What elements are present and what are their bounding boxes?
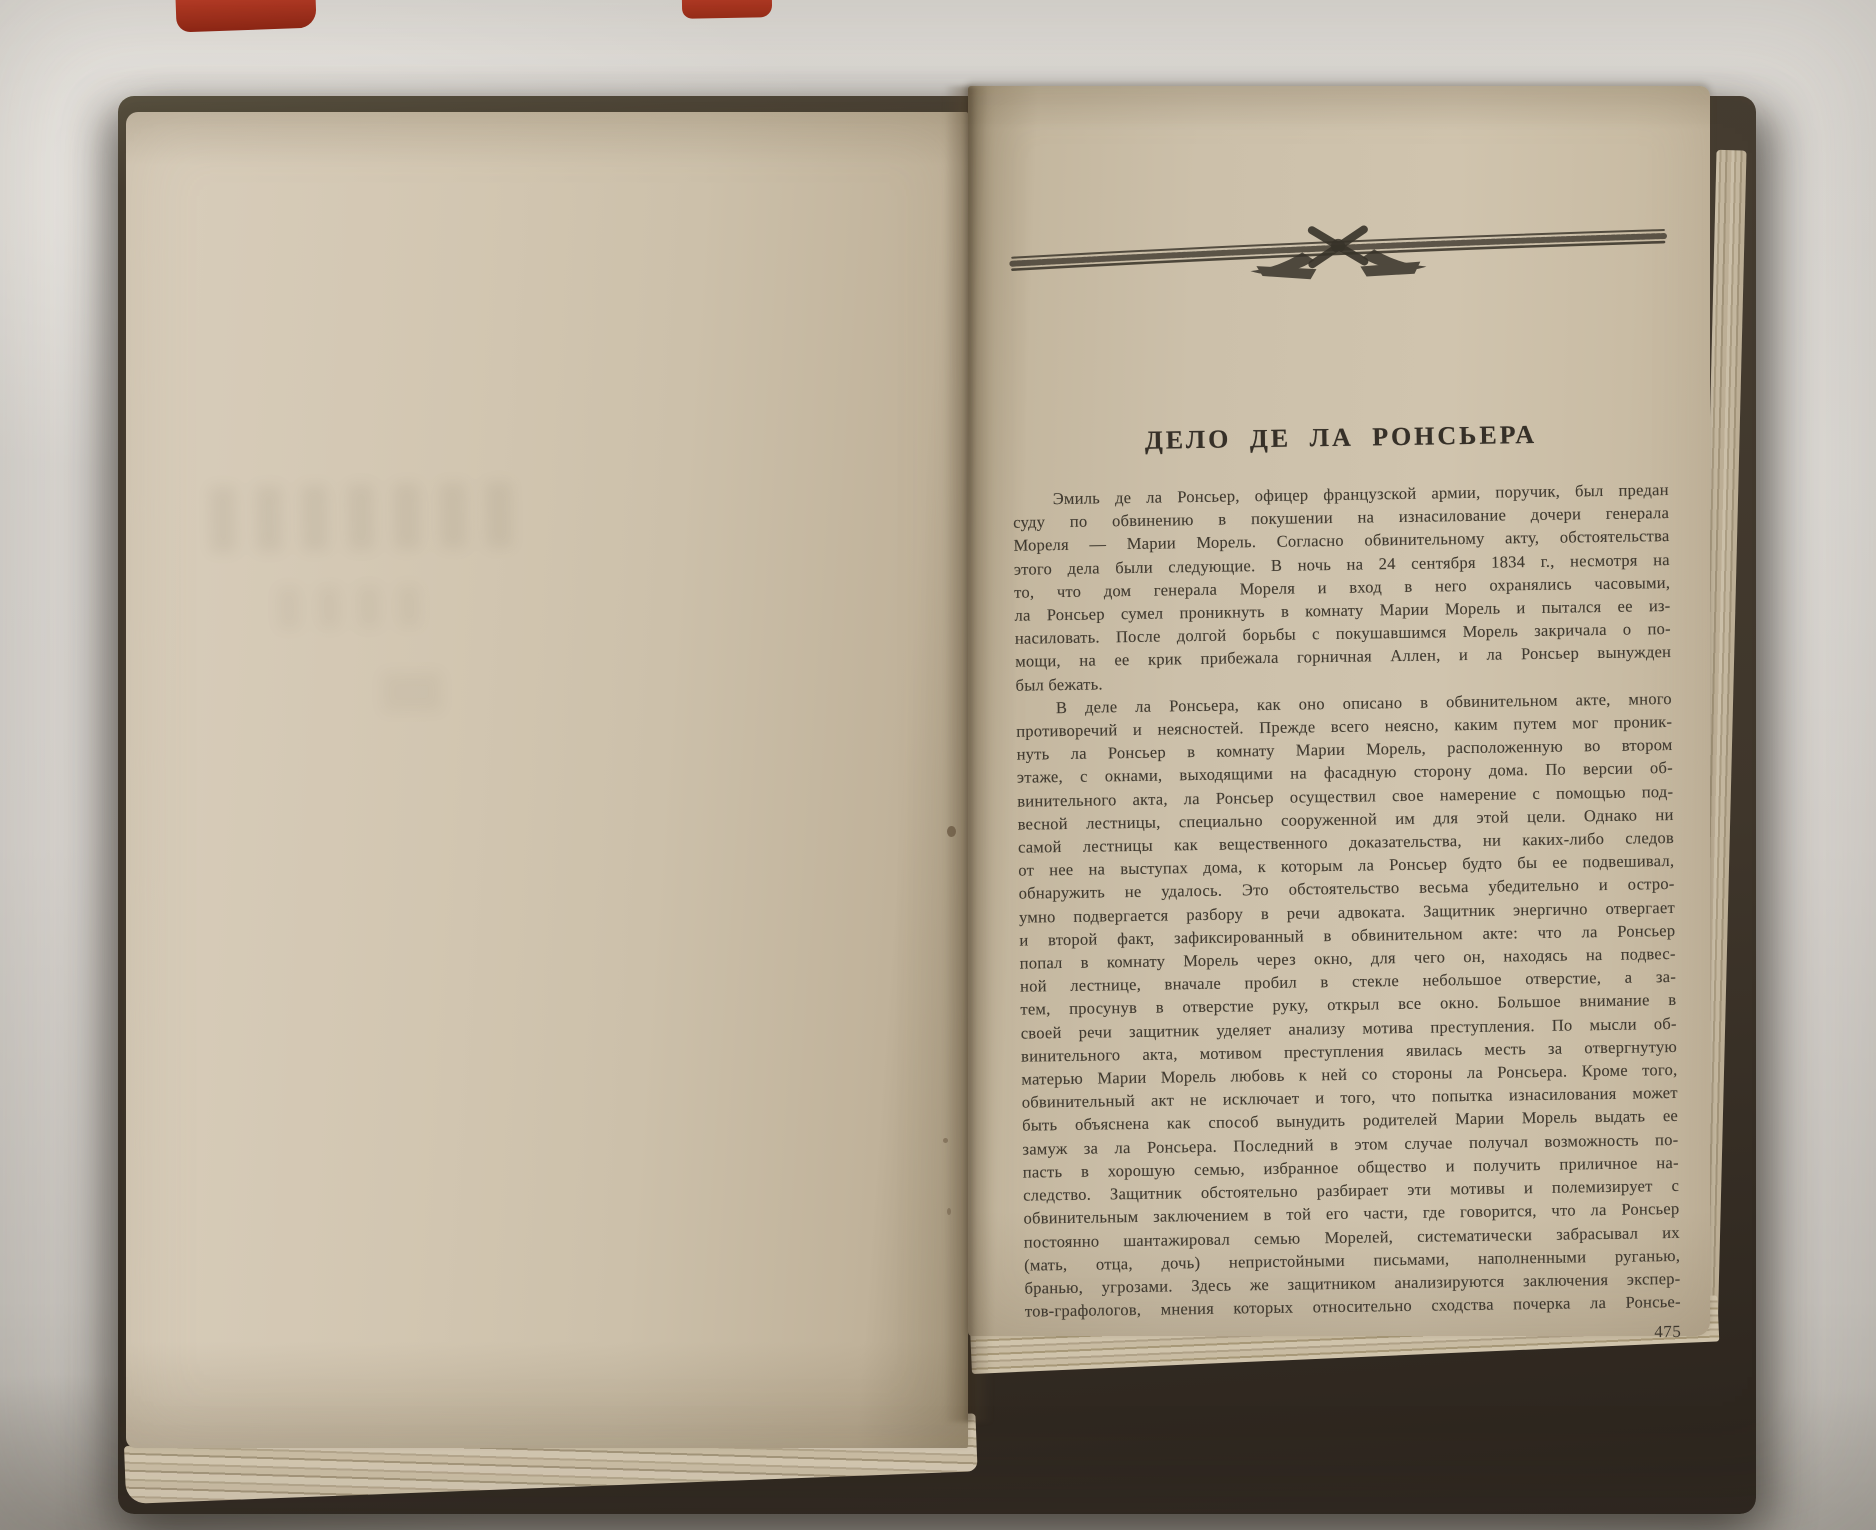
right-page: ДЕЛО ДЕ ЛА РОНСЬЕРА Эмиль де ла Ронсьер,… bbox=[968, 86, 1710, 1336]
paper-speck bbox=[947, 1208, 951, 1215]
chapter-title: ДЕЛО ДЕ ЛА РОНСЬЕРА bbox=[1012, 418, 1670, 458]
showthrough-ghost-mark bbox=[382, 671, 443, 712]
showthrough-ghost-text bbox=[278, 585, 429, 630]
right-page-content: ДЕЛО ДЕ ЛА РОНСЬЕРА Эмиль де ла Ронсьер,… bbox=[959, 79, 1719, 1340]
red-object-top-center bbox=[682, 0, 772, 19]
left-page-blank bbox=[126, 112, 968, 1448]
paper-speck bbox=[947, 826, 956, 837]
red-object-top-left bbox=[175, 0, 316, 32]
paper-speck bbox=[943, 1138, 948, 1143]
book-photo: ДЕЛО ДЕ ЛА РОНСЬЕРА Эмиль де ла Ронсьер,… bbox=[0, 0, 1876, 1530]
ornament-divider bbox=[1009, 214, 1668, 288]
showthrough-ghost-text bbox=[209, 481, 522, 552]
body-text: Эмиль де ла Ронсьер, офицер французской … bbox=[1013, 478, 1681, 1323]
